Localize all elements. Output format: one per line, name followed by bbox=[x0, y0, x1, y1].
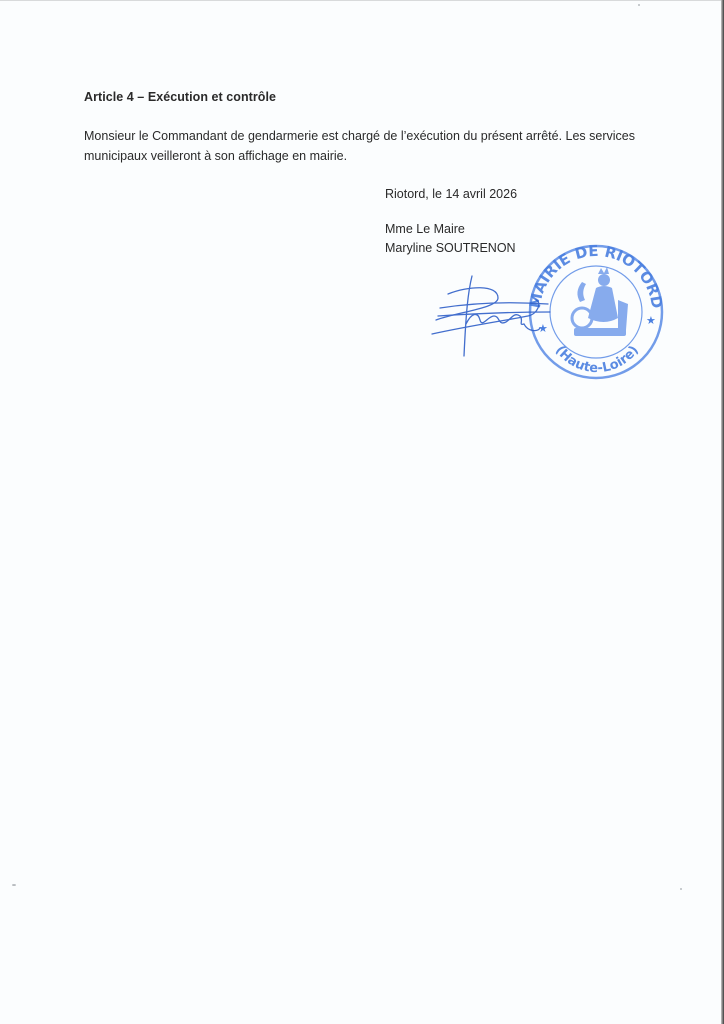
marianne-figure-icon bbox=[572, 267, 628, 336]
star-icon: ★ bbox=[646, 315, 656, 327]
scan-edge-top bbox=[0, 0, 724, 1]
signatory-title: Mme Le Maire bbox=[385, 220, 517, 239]
article-paragraph: Monsieur le Commandant de gendarmerie es… bbox=[84, 126, 644, 166]
scan-speck bbox=[638, 4, 640, 6]
place-date: Riotord, le 14 avril 2026 bbox=[385, 185, 517, 204]
article-heading: Article 4 – Exécution et contrôle bbox=[84, 90, 276, 104]
handwritten-signature bbox=[428, 272, 578, 362]
scan-speck bbox=[12, 884, 16, 886]
scan-speck bbox=[680, 888, 682, 890]
signatory-name: Maryline SOUTRENON bbox=[385, 239, 517, 258]
signature-block: Riotord, le 14 avril 2026 Mme Le Maire M… bbox=[385, 185, 517, 258]
